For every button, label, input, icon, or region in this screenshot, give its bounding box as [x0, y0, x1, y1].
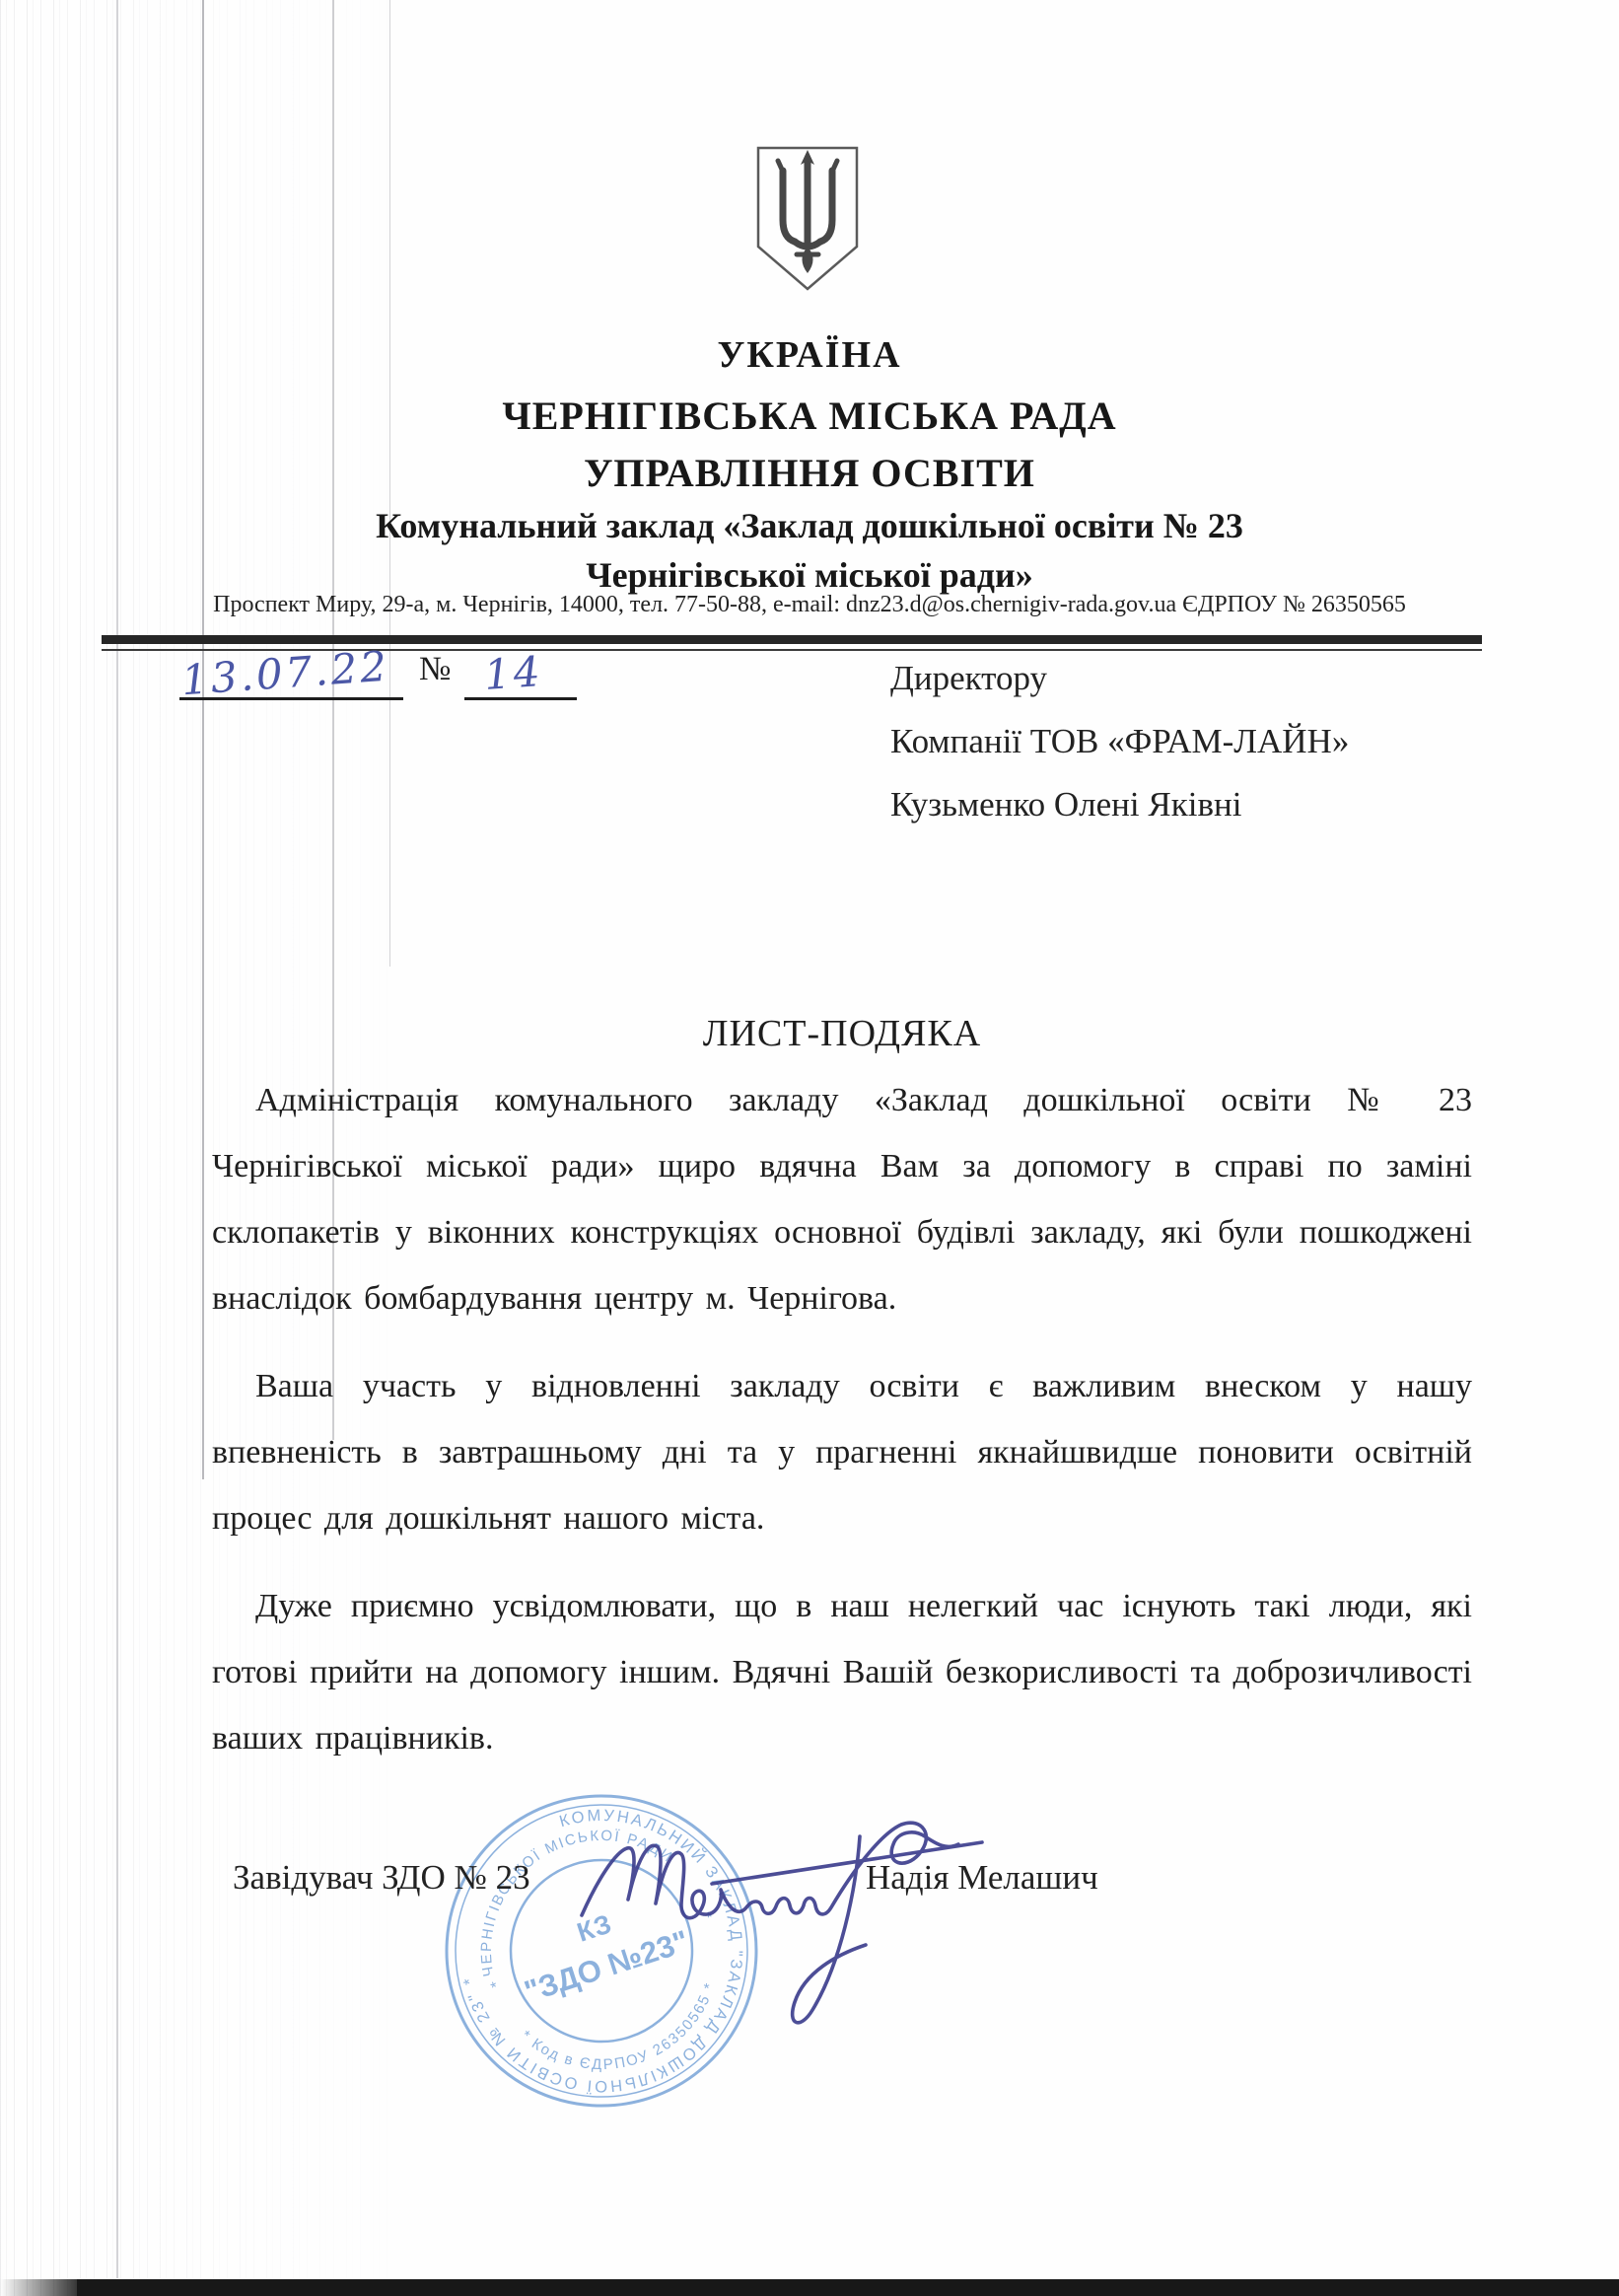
date-field: 13.07.22	[179, 649, 403, 700]
addressee-company: Компанії ТОВ «ФРАМ-ЛАЙН»	[890, 710, 1349, 773]
paragraph-2: Ваша участь у відновленні закладу освіти…	[212, 1353, 1472, 1551]
letterhead-contact-address: Проспект Миру, 29-а, м. Чернігів, 14000,…	[0, 592, 1619, 618]
reference-block: 13.07.22№14	[179, 649, 577, 700]
signatory-name: Надія Мелашич	[866, 1858, 1098, 1898]
scanner-artifact-bottom-bar	[77, 2279, 1619, 2296]
paragraph-1: Адміністрація комунального закладу «Закл…	[212, 1067, 1472, 1331]
letter-body: ЛИСТ-ПОДЯКА Адміністрація комунального з…	[212, 1012, 1472, 1793]
number-field: 14	[464, 649, 576, 700]
addressee-person: Кузьменко Олені Яківні	[890, 773, 1349, 836]
number-sign: №	[419, 651, 451, 687]
signatory-position: Завідувач ЗДО № 23	[233, 1858, 530, 1898]
scanner-streak-line	[202, 0, 204, 1479]
paragraph-3: Дуже приємно усвідомлювати, що в наш нел…	[212, 1573, 1472, 1771]
addressee-role: Директору	[890, 647, 1349, 710]
handwritten-number: 14	[483, 647, 545, 699]
letter-title: ЛИСТ-ПОДЯКА	[212, 1012, 1472, 1055]
letterhead-education-department: УПРАВЛІННЯ ОСВІТИ	[0, 450, 1619, 496]
handwritten-date: 13.07.22	[180, 642, 391, 705]
addressee-block: Директору Компанії ТОВ «ФРАМ-ЛАЙН» Кузьм…	[890, 647, 1349, 836]
scanner-artifact-bottom-bar-fade	[0, 2279, 89, 2296]
stamp-asterisk: *	[489, 1979, 500, 1997]
letterhead-country: УКРАЇНА	[0, 333, 1619, 377]
letterhead-organization-line2: Чернігівської міської ради»	[0, 554, 1619, 596]
letterhead-organization-line1: Комунальний заклад «Заклад дошкільної ос…	[0, 505, 1619, 546]
letterhead-divider	[102, 635, 1482, 644]
ukraine-trident-emblem-icon	[752, 144, 863, 294]
handwritten-signature	[564, 1797, 1057, 2113]
scanned-letter-page: УКРАЇНА ЧЕРНІГІВСЬКА МІСЬКА РАДА УПРАВЛІ…	[0, 0, 1619, 2296]
letterhead-city-council: ЧЕРНІГІВСЬКА МІСЬКА РАДА	[0, 393, 1619, 439]
